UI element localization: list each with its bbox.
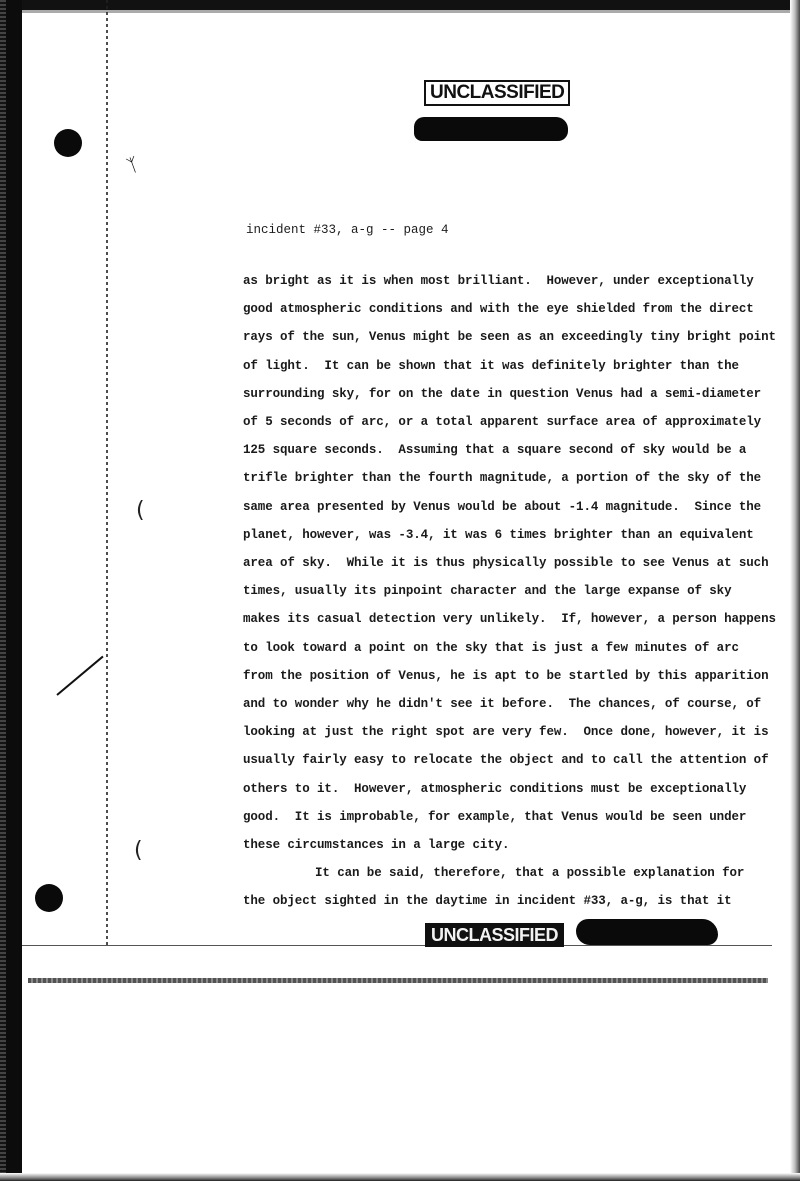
body-line: good. It is improbable, for example, tha… (243, 803, 773, 831)
bracket-mark-icon: ( (136, 498, 145, 523)
scan-bottom-edge (0, 1173, 800, 1181)
body-line: from the position of Venus, he is apt to… (243, 662, 773, 690)
body-line: and to wonder why he didn't see it befor… (243, 690, 773, 718)
binding-margin-line (106, 0, 108, 945)
body-line: times, usually its pinpoint character an… (243, 577, 773, 605)
body-line: same area presented by Venus would be ab… (243, 493, 773, 521)
scan-left-noise (0, 0, 6, 1181)
closing-paragraph-line: It can be said, therefore, that a possib… (243, 859, 773, 887)
body-line: planet, however, was -3.4, it was 6 time… (243, 521, 773, 549)
body-line: to look toward a point on the sky that i… (243, 634, 773, 662)
redaction-bar (414, 117, 568, 141)
body-line: these circumstances in a large city. (243, 831, 773, 859)
punch-hole-icon (54, 129, 82, 157)
closing-paragraph-line: the object sighted in the daytime in inc… (243, 887, 773, 915)
body-line: 125 square seconds. Assuming that a squa… (243, 436, 773, 464)
body-line: rays of the sun, Venus might be seen as … (243, 323, 773, 351)
page-header: incident #33, a-g -- page 4 (246, 223, 449, 237)
redaction-bar (576, 919, 718, 945)
body-line: usually fairly easy to relocate the obje… (243, 746, 773, 774)
document-body: as bright as it is when most brilliant. … (243, 267, 773, 916)
body-line: of 5 seconds of arc, or a total apparent… (243, 408, 773, 436)
body-line: area of sky. While it is thus physically… (243, 549, 773, 577)
body-line: looking at just the right spot are very … (243, 718, 773, 746)
scan-top-shadow (22, 10, 800, 13)
body-line: surrounding sky, for on the date in ques… (243, 380, 773, 408)
scan-right-edge (790, 0, 800, 1181)
scan-top-edge (0, 0, 800, 10)
body-line: as bright as it is when most brilliant. … (243, 267, 773, 295)
body-line: of light. It can be shown that it was de… (243, 352, 773, 380)
punch-hole-icon (35, 884, 63, 912)
body-line: good atmospheric conditions and with the… (243, 295, 773, 323)
bracket-mark-icon: ( (134, 838, 143, 863)
scan-artifact-band (28, 978, 768, 983)
classification-stamp-bottom: UNCLASSIFIED (425, 923, 564, 947)
pen-stroke-mark (56, 656, 103, 696)
body-line: makes its casual detection very unlikely… (243, 605, 773, 633)
page-bottom-edge (22, 945, 772, 946)
body-line: trifle brighter than the fourth magnitud… (243, 464, 773, 492)
classification-stamp-top: UNCLASSIFIED (424, 80, 570, 106)
handwritten-mark-icon: ᛉ (125, 156, 142, 178)
body-line: others to it. However, atmospheric condi… (243, 775, 773, 803)
